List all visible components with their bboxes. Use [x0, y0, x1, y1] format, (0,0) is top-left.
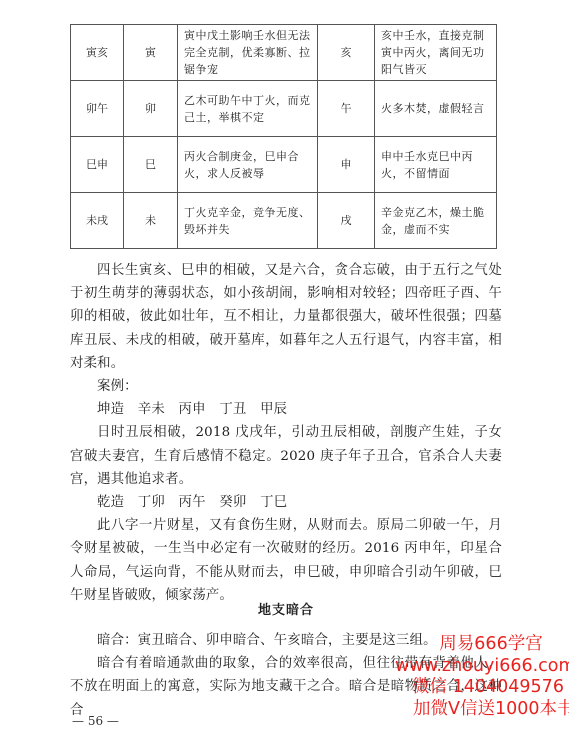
pair-cell: 巳申 — [71, 137, 124, 193]
case-label: 案例： — [70, 375, 502, 398]
case1-text: 日时丑辰相破，2018 戊戌年，引动丑辰相破，剖腹产生娃，子女宫破夫妻宫，生育后… — [70, 421, 502, 491]
pair-cell: 寅亥 — [71, 25, 124, 81]
branch-break-table: 寅亥 寅 寅中戊土影响壬水但无法完全克制，优柔寡断、拉锯争宠 亥 亥中壬水，直接… — [70, 24, 497, 249]
branch-b-desc-cell: 亥中壬水，直接克制寅中丙火，离间无功阳气皆灭 — [375, 25, 497, 81]
table-row: 卯午 卯 乙木可助午中丁火，而克己土，举棋不定 午 火多木焚，虚假轻言 — [71, 81, 497, 137]
branch-a-cell: 卯 — [124, 81, 178, 137]
branch-b-desc-cell: 火多木焚，虚假轻言 — [375, 81, 497, 137]
branch-b-cell: 戌 — [318, 193, 375, 249]
branch-b-cell: 申 — [318, 137, 375, 193]
table-row: 巳申 巳 丙火合制庚金，巳申合火，求人反被辱 申 申中壬水克巳中丙火，不留情面 — [71, 137, 497, 193]
branch-a-desc-cell: 乙木可助午中丁火，而克己土，举棋不定 — [178, 81, 318, 137]
pair-cell: 未戌 — [71, 193, 124, 249]
watermark-url: www.zhouyi666.com — [395, 656, 569, 678]
paragraph-summary: 四长生寅亥、巳申的相破，又是六合，贪合忘破，由于五行之气处于初生萌芽的薄弱状态，… — [70, 259, 502, 375]
branch-a-desc-cell: 丙火合制庚金，巳申合火，求人反被辱 — [178, 137, 318, 193]
watermark-wechat: 微信 1404049576 — [407, 677, 569, 699]
branch-a-cell: 寅 — [124, 25, 178, 81]
branch-a-cell: 未 — [124, 193, 178, 249]
table-row: 寅亥 寅 寅中戊土影响壬水但无法完全克制，优柔寡断、拉锯争宠 亥 亥中壬水，直接… — [71, 25, 497, 81]
branch-a-desc-cell: 寅中戊土影响壬水但无法完全克制，优柔寡断、拉锯争宠 — [178, 25, 318, 81]
watermark: 周易666学宫 www.zhouyi666.com 微信 1404049576 … — [413, 634, 569, 720]
case2-chart: 乾造 丁卯 丙午 癸卯 丁巳 — [70, 491, 502, 514]
page-number: — 56 — — [72, 714, 119, 728]
case1-chart: 坤造 辛未 丙申 丁丑 甲辰 — [70, 398, 502, 421]
branch-a-cell: 巳 — [124, 137, 178, 193]
section-heading: 地支暗合 — [70, 599, 502, 618]
branch-b-desc-cell: 辛金克乙木，燥土脆金，虚而不实 — [375, 193, 497, 249]
watermark-title: 周易666学宫 — [413, 634, 569, 656]
table-row: 未戌 未 丁火克辛金，竞争无度、毁坏并失 戌 辛金克乙木，燥土脆金，虚而不实 — [71, 193, 497, 249]
branch-b-cell: 午 — [318, 81, 375, 137]
body-text: 四长生寅亥、巳申的相破，又是六合，贪合忘破，由于五行之气处于初生萌芽的薄弱状态，… — [70, 259, 502, 607]
document-page: 寅亥 寅 寅中戊土影响壬水但无法完全克制，优柔寡断、拉锯争宠 亥 亥中壬水，直接… — [0, 0, 569, 737]
branch-b-desc-cell: 申中壬水克巳中丙火，不留情面 — [375, 137, 497, 193]
watermark-promo: 加微V信送1000本书 — [413, 699, 569, 721]
case2-text: 此八字一片财星，又有食伤生财，从财而去。原局二卯破一午，月令财星被破，一生当中必… — [70, 514, 502, 607]
branch-a-desc-cell: 丁火克辛金，竞争无度、毁坏并失 — [178, 193, 318, 249]
branch-b-cell: 亥 — [318, 25, 375, 81]
pair-cell: 卯午 — [71, 81, 124, 137]
